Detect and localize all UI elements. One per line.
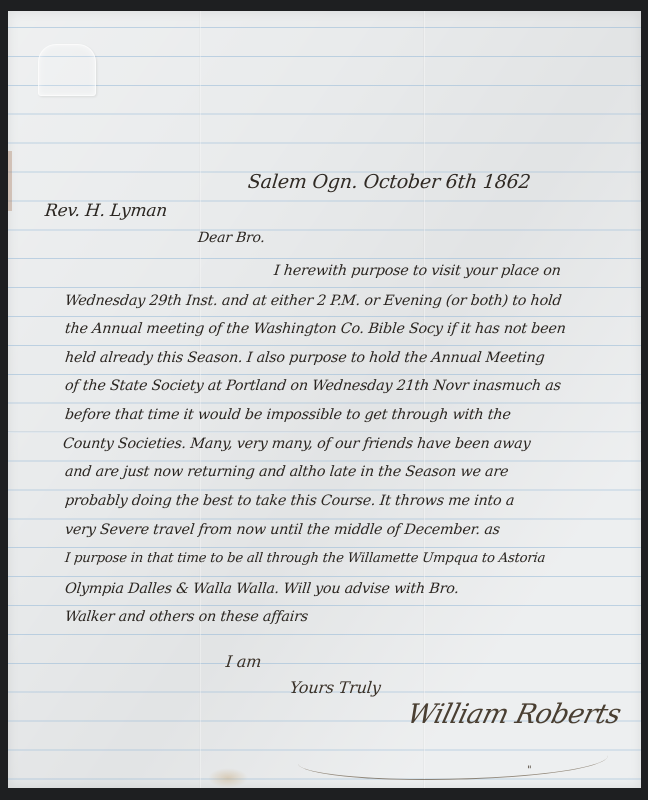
signature-mark: " (527, 765, 532, 776)
closing-yours-truly: Yours Truly (289, 678, 382, 697)
body-line: held already this Season. I also purpose… (64, 350, 545, 366)
body-line: very Severe travel from now until the mi… (64, 522, 501, 538)
salutation: Dear Bro. (197, 230, 265, 246)
signature-flourish (298, 739, 608, 780)
signature: William Roberts (404, 699, 624, 730)
edge-stain (8, 151, 12, 211)
closing-i-am: I am (225, 652, 262, 671)
body-line: I purpose in that time to be all through… (64, 551, 546, 566)
embossed-seal-icon (38, 44, 96, 96)
body-line: Wednesday 29th Inst. and at either 2 P.M… (64, 293, 562, 309)
body-line: Olympia Dalles & Walla Walla. Will you a… (64, 581, 459, 597)
body-line: of the State Society at Portland on Wedn… (64, 378, 561, 394)
body-line: and are just now returning and altho lat… (64, 464, 509, 480)
body-line: probably doing the best to take this Cou… (64, 493, 515, 509)
letter-paper: Salem Ogn. October 6th 1862 Rev. H. Lyma… (8, 11, 641, 788)
fold-crease-vertical-left (199, 11, 201, 788)
dateline: Salem Ogn. October 6th 1862 (247, 171, 532, 193)
bottom-stain (208, 768, 248, 788)
recipient: Rev. H. Lyman (44, 201, 168, 221)
body-line: Walker and others on these affairs (64, 609, 309, 625)
body-line: before that time it would be impossible … (64, 407, 511, 423)
fold-crease-vertical (423, 11, 425, 788)
body-line: County Societies. Many, very many, of ou… (62, 436, 531, 452)
fold-crease-horizontal (8, 431, 641, 433)
body-line: I herewith purpose to visit your place o… (273, 263, 561, 279)
body-line: the Annual meeting of the Washington Co.… (64, 321, 566, 337)
